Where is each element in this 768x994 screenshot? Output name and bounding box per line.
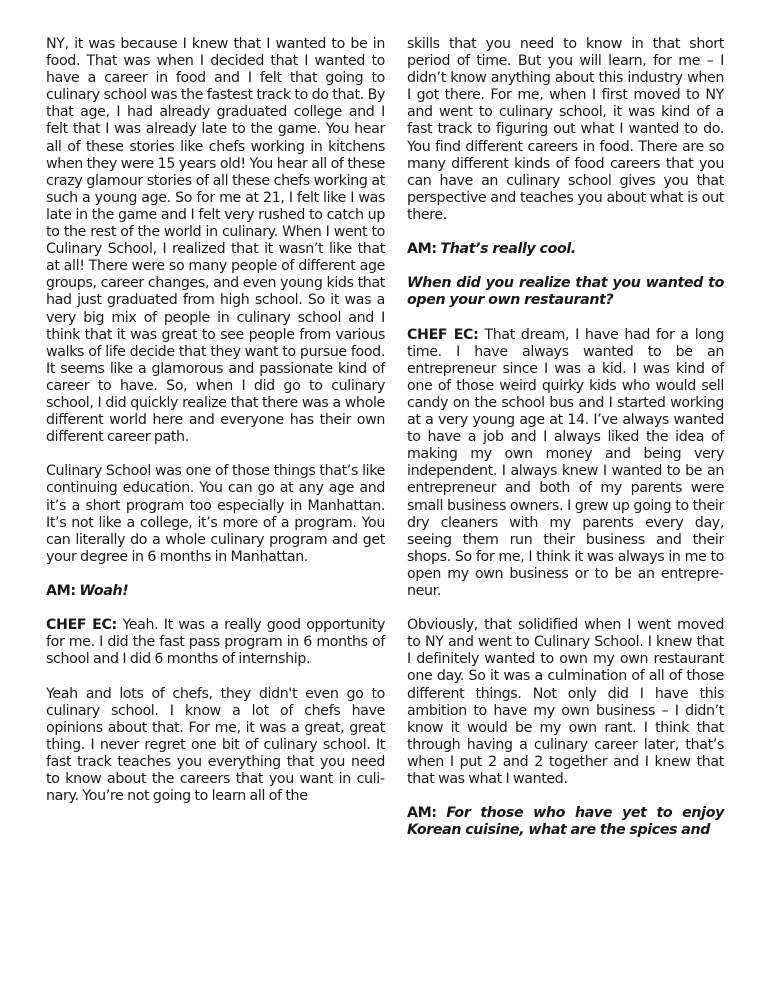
chef-answer: CHEF EC: That dream, I have had for a lo…: [407, 327, 724, 601]
answer-text: That dream, I have had for a long time. …: [407, 327, 724, 599]
paragraph: Yeah and lots of chefs, they didn't even…: [46, 686, 385, 806]
paragraph-text: NY, it was because I knew that I wanted …: [46, 36, 385, 445]
paragraph: Obviously, that solidified when I went m…: [407, 617, 724, 788]
interviewer-line: AM: That’s really cool.: [407, 241, 724, 258]
left-column: NY, it was because I knew that I wanted …: [46, 36, 385, 822]
paragraph-text: Obviously, that solidified when I went m…: [407, 617, 724, 787]
paragraph: NY, it was because I knew that I wanted …: [46, 36, 385, 446]
paragraph-text: Yeah and lots of chefs, they didn't even…: [46, 686, 385, 805]
interviewer-text: For those who have yet to enjoy Korean c…: [407, 805, 724, 838]
document-page: NY, it was because I knew that I wanted …: [46, 36, 724, 986]
question-text: When did you realize that you wanted to …: [407, 275, 724, 308]
chef-answer: CHEF EC: Yeah. It was a really good oppo…: [46, 617, 385, 668]
interviewer-line: AM: For those who have yet to enjoy Kore…: [407, 805, 724, 839]
speaker-label: AM:: [46, 583, 76, 599]
speaker-label: CHEF EC:: [46, 617, 117, 633]
speaker-label: AM:: [407, 805, 437, 821]
interviewer-text: Woah!: [79, 583, 128, 599]
paragraph-text: skills that you need to know in that sho…: [407, 36, 724, 223]
interviewer-question: When did you realize that you wanted to …: [407, 275, 724, 309]
paragraph: Culinary School was one of those things …: [46, 463, 385, 566]
right-column: skills that you need to know in that sho…: [407, 36, 724, 857]
interviewer-line: AM: Woah!: [46, 583, 385, 600]
paragraph: skills that you need to know in that sho…: [407, 36, 724, 224]
interviewer-text: That’s really cool.: [440, 241, 576, 257]
speaker-label: AM:: [407, 241, 437, 257]
paragraph-text: Culinary School was one of those things …: [46, 463, 385, 564]
speaker-label: CHEF EC:: [407, 327, 478, 343]
